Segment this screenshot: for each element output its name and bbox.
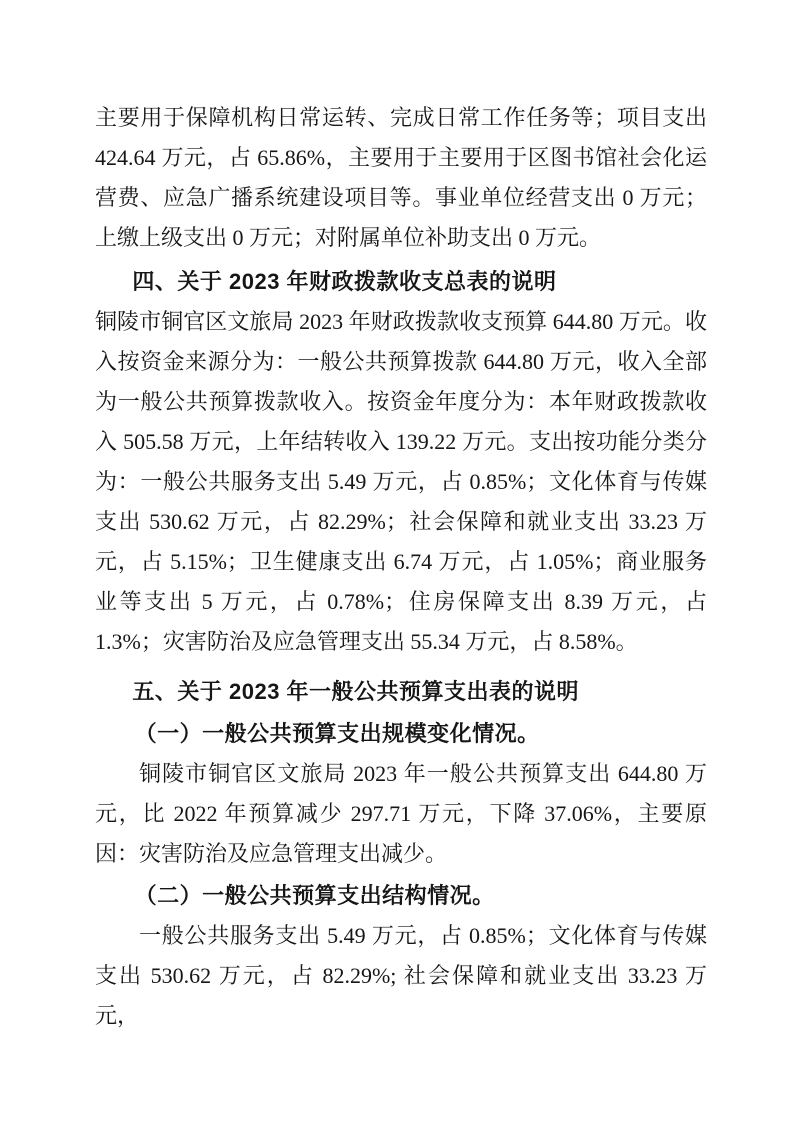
paragraph-basic-expenditure-continuation: 主要用于保障机构日常运转、完成日常工作任务等；项目支出 424.64 万元，占 …	[95, 98, 707, 258]
section-heading-five: 五、关于 2023 年一般公共预算支出表的说明	[95, 672, 707, 712]
subsection-heading-one: （一）一般公共预算支出规模变化情况。	[95, 714, 707, 754]
paragraph-budget-structure: 一般公共服务支出 5.49 万元，占 0.85%；文化体育与传媒支出 530.6…	[95, 916, 707, 1036]
document-page: 主要用于保障机构日常运转、完成日常工作任务等；项目支出 424.64 万元，占 …	[0, 0, 793, 1122]
subsection-heading-two: （二）一般公共预算支出结构情况。	[95, 876, 707, 916]
paragraph-budget-scale-change: 铜陵市铜官区文旅局 2023 年一般公共预算支出 644.80 万元，比 202…	[95, 754, 707, 874]
paragraph-fiscal-appropriation-summary: 铜陵市铜官区文旅局 2023 年财政拨款收支预算 644.80 万元。收入按资金…	[95, 302, 707, 662]
section-heading-four: 四、关于 2023 年财政拨款收支总表的说明	[95, 262, 707, 302]
